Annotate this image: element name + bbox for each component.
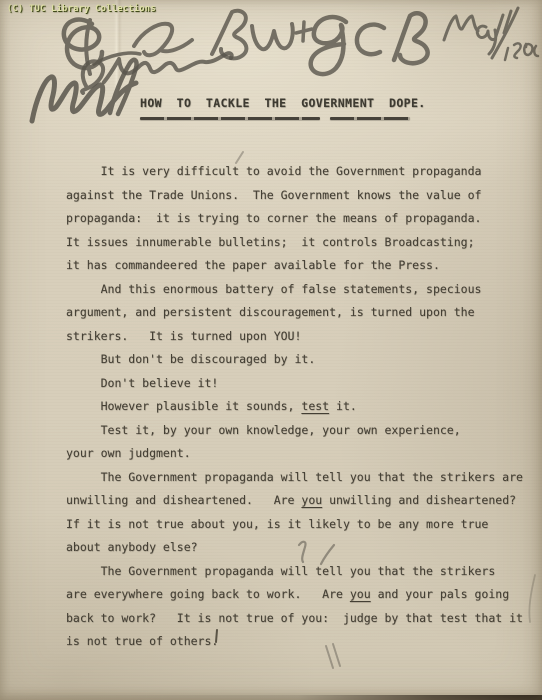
underline-segment [330, 117, 410, 120]
text-line: unwilling and disheartened. Are you unwi… [66, 489, 523, 513]
text-line: But don't be discouraged by it. [66, 348, 523, 372]
document-body: It is very difficult to avoid the Govern… [66, 160, 523, 654]
text-line: If it is not true about you, is it likel… [66, 513, 523, 537]
text-line: The Government propaganda will tell you … [66, 466, 523, 490]
scanned-document-page: (C) TUC Library Collections HOW TO TACKL… [0, 0, 542, 700]
handwriting-initials-icon [134, 11, 428, 74]
text-line: Test it, by your own knowledge, your own… [66, 419, 523, 443]
text-line: is not true of others. [66, 630, 523, 654]
text-line: It is very difficult to avoid the Govern… [66, 160, 523, 184]
underline-segment [140, 117, 320, 120]
text-line: The Government propaganda will tell you … [66, 560, 523, 584]
text-line: it has commandeered the paper available … [66, 254, 523, 278]
scan-bottom-edge [0, 695, 542, 700]
text-line: against the Trade Unions. The Government… [66, 184, 523, 208]
handwriting-date-icon [444, 8, 538, 60]
text-line: And this enormous battery of false state… [66, 278, 523, 302]
handwriting-monogram-icon [64, 20, 102, 74]
text-line: However plausible it sounds, test it. [66, 395, 523, 419]
text-line: argument, and persistent discouragement,… [66, 301, 523, 325]
watermark: (C) TUC Library Collections [7, 4, 156, 14]
text-line: are everywhere going back to work. Are y… [66, 583, 523, 607]
text-line: about anybody else? [66, 536, 523, 560]
text-line: your own judgment. [66, 442, 523, 466]
handwriting-signature-icon [82, 53, 232, 93]
text-line: strikers. It is turned upon YOU! [66, 325, 523, 349]
title-underline [140, 117, 416, 121]
text-line: Don't believe it! [66, 372, 523, 396]
page-title: HOW TO TACKLE THE GOVERNMENT DOPE. [140, 96, 426, 110]
text-line: It issues innumerable bulletins; it cont… [66, 231, 523, 255]
text-line: back to work? It is not true of you: jud… [66, 607, 523, 631]
title-block: HOW TO TACKLE THE GOVERNMENT DOPE. [140, 96, 426, 121]
text-line: propaganda: it is trying to corner the m… [66, 207, 523, 231]
paper-crease [114, 0, 122, 100]
